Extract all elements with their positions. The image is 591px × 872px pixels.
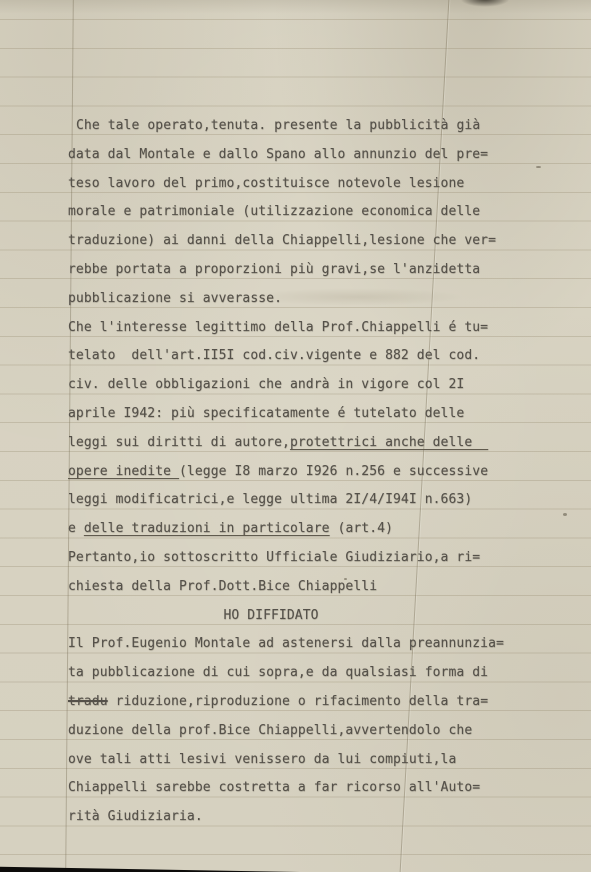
document-line: e delle traduzioni in particolare (art.4…: [68, 515, 474, 544]
document-line: ta pubblicazione di cui sopra,e da quals…: [68, 659, 474, 688]
text-segment: civ. delle obbligazioni che andrà in vig…: [68, 377, 464, 392]
text-segment: rebbe portata a proporzioni più gravi,se…: [68, 262, 480, 277]
text-segment: telato dell'art.II5I cod.civ.vigente e 8…: [68, 348, 480, 363]
text-segment: HO DIFFIDATO: [223, 608, 318, 623]
text-segment: pubblicazione si avverasse.: [68, 291, 282, 306]
document-line: pubblicazione si avverasse.: [68, 285, 474, 314]
text-segment: e: [68, 521, 84, 536]
text-segment: leggi sui diritti di autore,: [68, 435, 290, 450]
text-segment: morale e patrimoniale (utilizzazione eco…: [68, 204, 480, 219]
text-segment: riduzione,riproduzione o rifacimento del…: [108, 694, 488, 709]
text-segment: teso lavoro del primo,costituisce notevo…: [68, 176, 464, 191]
underlined-text: delle traduzioni in particolare: [84, 521, 330, 536]
ink-speck: [563, 513, 567, 516]
document-line: opere inedite (legge I8 marzo I926 n.256…: [68, 458, 474, 487]
document-line: morale e patrimoniale (utilizzazione eco…: [68, 198, 474, 227]
document-line: civ. delle obbligazioni che andrà in vig…: [68, 371, 474, 400]
text-segment: Che tale operato,tenuta. presente la pub…: [76, 118, 480, 133]
text-segment: aprile I942: più specificatamente é tute…: [68, 406, 464, 421]
document-line: duzione della prof.Bice Chiappelli,avver…: [68, 717, 474, 746]
text-segment: (legge I8 marzo I926 n.256 e successive: [179, 464, 488, 479]
document-line: rebbe portata a proporzioni più gravi,se…: [68, 256, 474, 285]
text-segment: chiesta della Prof.Dott.Bice Chiappelli: [68, 579, 377, 594]
text-segment: rità Giudiziaria.: [68, 809, 203, 824]
text-segment: traduzione) ai danni della Chiappelli,le…: [68, 233, 496, 248]
document-text: Che tale operato,tenuta. presente la pub…: [68, 112, 474, 832]
text-segment: ove tali atti lesivi venissero da lui co…: [68, 752, 456, 767]
text-segment: Il Prof.Eugenio Montale ad astenersi dal…: [68, 636, 504, 651]
document-line: telato dell'art.II5I cod.civ.vigente e 8…: [68, 342, 474, 371]
text-segment: Che l'interesse legittimo della Prof.Chi…: [68, 320, 488, 335]
text-segment: leggi modificatrici,e legge ultima 2I/4/…: [68, 492, 472, 507]
underlined-text: opere inedite: [68, 464, 179, 479]
text-segment: Pertanto,io sottoscritto Ufficiale Giudi…: [68, 550, 480, 565]
ink-speck: [536, 166, 541, 168]
document-line: tradu riduzione,riproduzione o rifacimen…: [68, 688, 474, 717]
document-line: traduzione) ai danni della Chiappelli,le…: [68, 227, 474, 256]
document-line: Pertanto,io sottoscritto Ufficiale Giudi…: [68, 544, 474, 573]
text-segment: ta pubblicazione di cui sopra,e da quals…: [68, 665, 488, 680]
document-line: data dal Montale e dallo Spano allo annu…: [68, 141, 474, 170]
document-line: leggi sui diritti di autore,protettrici …: [68, 429, 474, 458]
document-line: HO DIFFIDATO: [68, 602, 474, 631]
text-segment: duzione della prof.Bice Chiappelli,avver…: [68, 723, 472, 738]
document-line: Che tale operato,tenuta. presente la pub…: [68, 112, 474, 141]
text-segment: Chiappelli sarebbe costretta a far ricor…: [68, 780, 480, 795]
underlined-text: protettrici anche delle: [290, 435, 488, 450]
struck-out-text: tradu: [68, 694, 108, 709]
document-line: Il Prof.Eugenio Montale ad astenersi dal…: [68, 630, 474, 659]
document-line: Che l'interesse legittimo della Prof.Chi…: [68, 314, 474, 343]
document-line: chiesta della Prof.Dott.Bice Chiappelli: [68, 573, 474, 602]
document-line: aprile I942: più specificatamente é tute…: [68, 400, 474, 429]
document-line: leggi modificatrici,e legge ultima 2I/4/…: [68, 486, 474, 515]
text-segment: (art.4): [330, 521, 393, 536]
document-line: ove tali atti lesivi venissero da lui co…: [68, 746, 474, 775]
text-segment: data dal Montale e dallo Spano allo annu…: [68, 147, 488, 162]
document-line: rità Giudiziaria.: [68, 803, 474, 832]
document-line: teso lavoro del primo,costituisce notevo…: [68, 170, 474, 199]
document-line: Chiappelli sarebbe costretta a far ricor…: [68, 774, 474, 803]
scanned-page: Che tale operato,tenuta. presente la pub…: [0, 0, 591, 872]
